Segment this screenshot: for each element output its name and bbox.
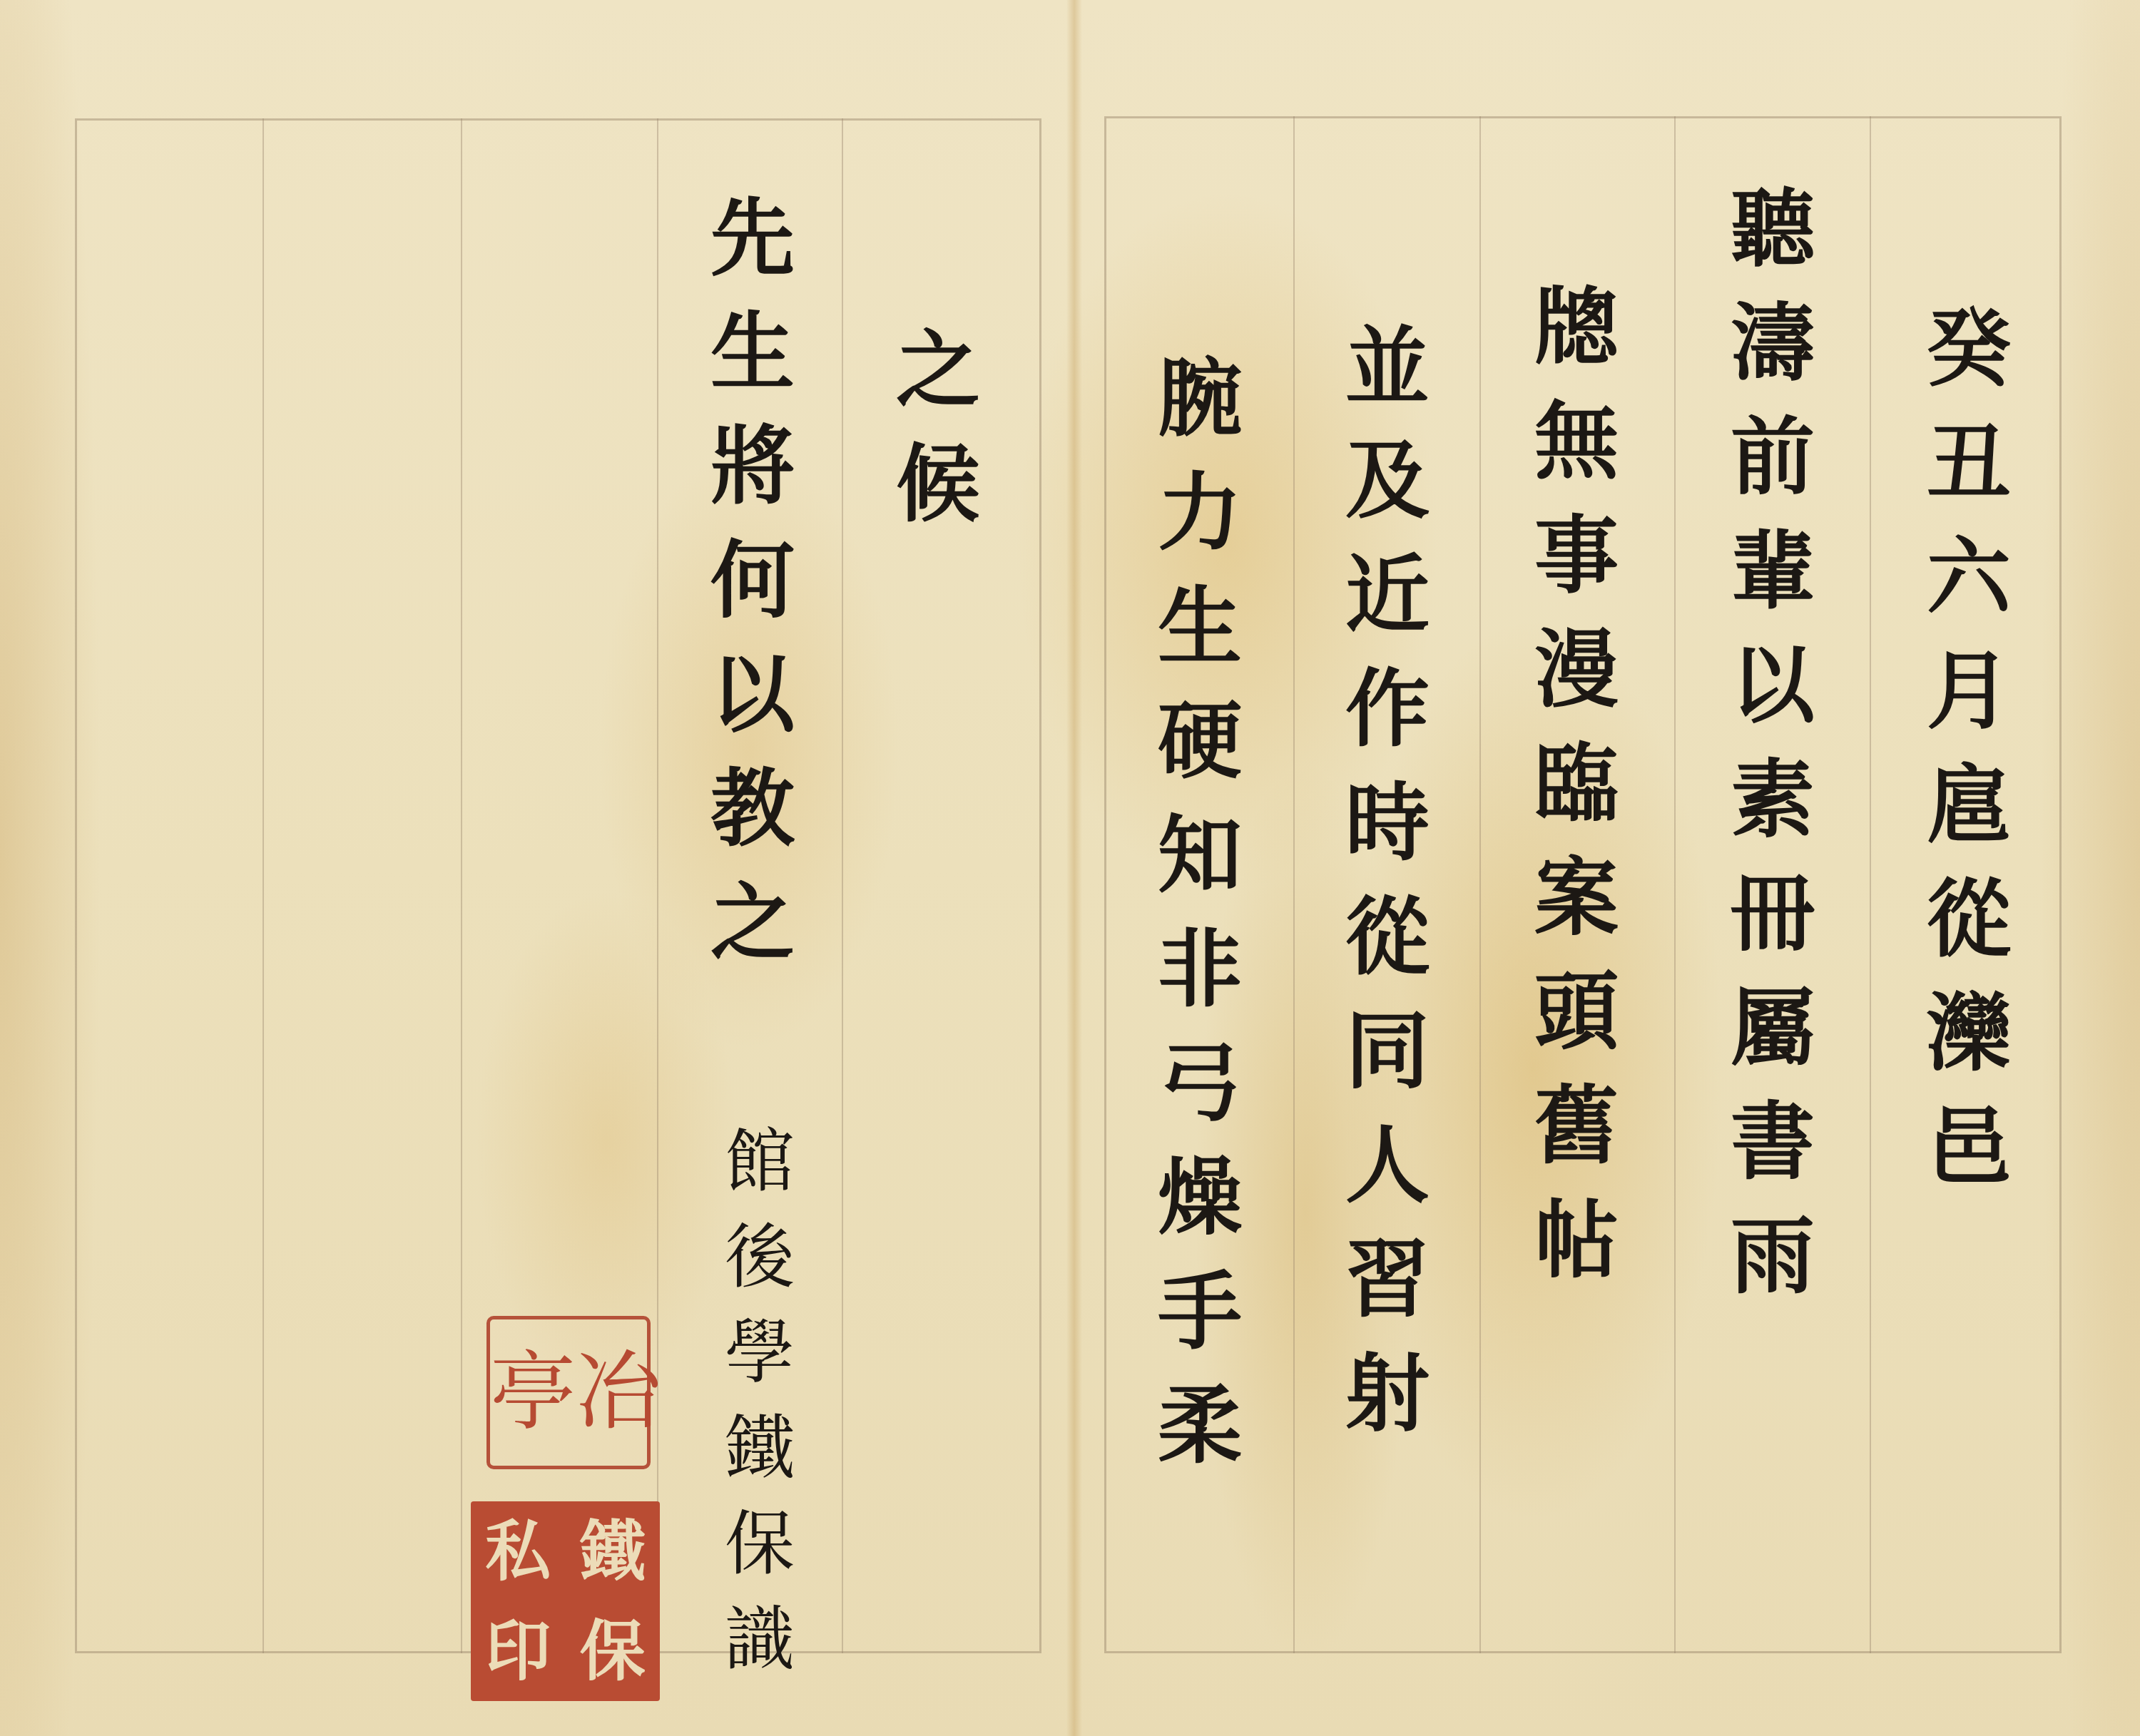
seal-char: 印 [471, 1601, 566, 1701]
seal-char: 亭 [490, 1319, 576, 1466]
char: 知 [1158, 813, 1242, 897]
char: 及 [1345, 439, 1430, 523]
signature: 館 後 學 鐵 保 識 [695, 1127, 824, 1700]
char: 近 [1345, 553, 1430, 637]
text-column-3: 牕 無 事 漫 臨 案 頭 舊 帖 [1505, 285, 1648, 1312]
char: 牕 [1534, 285, 1619, 369]
char: 並 [1345, 325, 1430, 409]
char: 硬 [1158, 699, 1242, 783]
char: 輩 [1731, 529, 1815, 613]
char: 燥 [1158, 1155, 1242, 1240]
seal-zhuwen: 亭 冶 [486, 1316, 651, 1469]
char: 腕 [1158, 357, 1242, 441]
char: 習 [1345, 1237, 1430, 1322]
char: 手 [1158, 1270, 1242, 1354]
char: 灤 [1927, 991, 2011, 1076]
seal-char: 鐵 [566, 1501, 661, 1601]
right-rule-2 [1479, 116, 1481, 1653]
char: 學 [725, 1318, 795, 1388]
char: 射 [1345, 1352, 1430, 1436]
char: 舊 [1534, 1084, 1619, 1168]
left-rule-1 [263, 118, 264, 1653]
char: 案 [1534, 856, 1619, 940]
char: 事 [1534, 514, 1619, 598]
char: 邑 [1927, 1106, 2011, 1190]
char: 何 [710, 538, 795, 623]
char: 時 [1345, 781, 1430, 865]
char: 以 [710, 653, 795, 737]
char: 之 [710, 881, 795, 965]
left-rule-2 [461, 118, 462, 1653]
char: 館 [725, 1127, 795, 1197]
right-rule-4 [1870, 116, 1871, 1653]
char: 冊 [1731, 872, 1815, 956]
char: 非 [1158, 927, 1242, 1011]
char: 教 [710, 767, 795, 851]
char: 前 [1731, 415, 1815, 499]
text-column-7: 先 生 將 何 以 教 之 [681, 196, 824, 995]
right-rule-1 [1293, 116, 1295, 1653]
char: 扈 [1927, 763, 2011, 847]
text-column-1: 癸 丑 六 月 扈 從 灤 邑 [1897, 307, 2040, 1220]
seal-char: 保 [566, 1601, 661, 1701]
char: 候 [896, 442, 980, 526]
char: 鐵 [725, 1414, 795, 1484]
seal-char: 冶 [576, 1319, 661, 1466]
char: 六 [1927, 535, 2011, 619]
char: 雨 [1731, 1214, 1815, 1298]
seal-baiwen: 私 鐵 印 保 [471, 1501, 660, 1701]
char: 月 [1927, 649, 2011, 733]
char: 素 [1731, 757, 1815, 842]
char: 力 [1158, 471, 1242, 555]
right-rule-3 [1674, 116, 1676, 1653]
char: 頭 [1534, 970, 1619, 1054]
left-rule-4 [842, 118, 843, 1653]
char: 弓 [1158, 1041, 1242, 1125]
char: 之 [896, 328, 980, 412]
char: 保 [725, 1509, 795, 1579]
char: 丑 [1927, 421, 2011, 505]
char: 作 [1345, 667, 1430, 751]
char: 生 [710, 310, 795, 394]
char: 書 [1731, 1100, 1815, 1184]
char: 生 [1158, 585, 1242, 669]
text-column-5: 腕 力 生 硬 知 非 弓 燥 手 柔 [1128, 357, 1271, 1498]
char: 柔 [1158, 1384, 1242, 1468]
center-fold [1066, 0, 1082, 1736]
char: 將 [710, 424, 795, 509]
char: 後 [725, 1222, 795, 1292]
char: 帖 [1534, 1198, 1619, 1282]
char: 漫 [1534, 628, 1619, 712]
char: 屬 [1731, 986, 1815, 1070]
char: 從 [1927, 877, 2011, 961]
char: 人 [1345, 1123, 1430, 1207]
text-column-4: 並 及 近 作 時 從 同 人 習 射 [1316, 325, 1459, 1466]
char: 從 [1345, 895, 1430, 979]
char: 濤 [1731, 301, 1815, 385]
text-column-6: 之 候 [867, 328, 1009, 556]
seal-char: 私 [471, 1501, 566, 1601]
char: 以 [1731, 643, 1815, 727]
char: 聽 [1731, 187, 1815, 271]
char: 識 [725, 1605, 795, 1675]
char: 癸 [1927, 307, 2011, 391]
char: 臨 [1534, 742, 1619, 826]
char: 無 [1534, 399, 1619, 484]
char: 先 [710, 196, 795, 280]
char: 同 [1345, 1009, 1430, 1093]
text-column-2: 聽 濤 前 輩 以 素 冊 屬 書 雨 [1701, 187, 1844, 1328]
